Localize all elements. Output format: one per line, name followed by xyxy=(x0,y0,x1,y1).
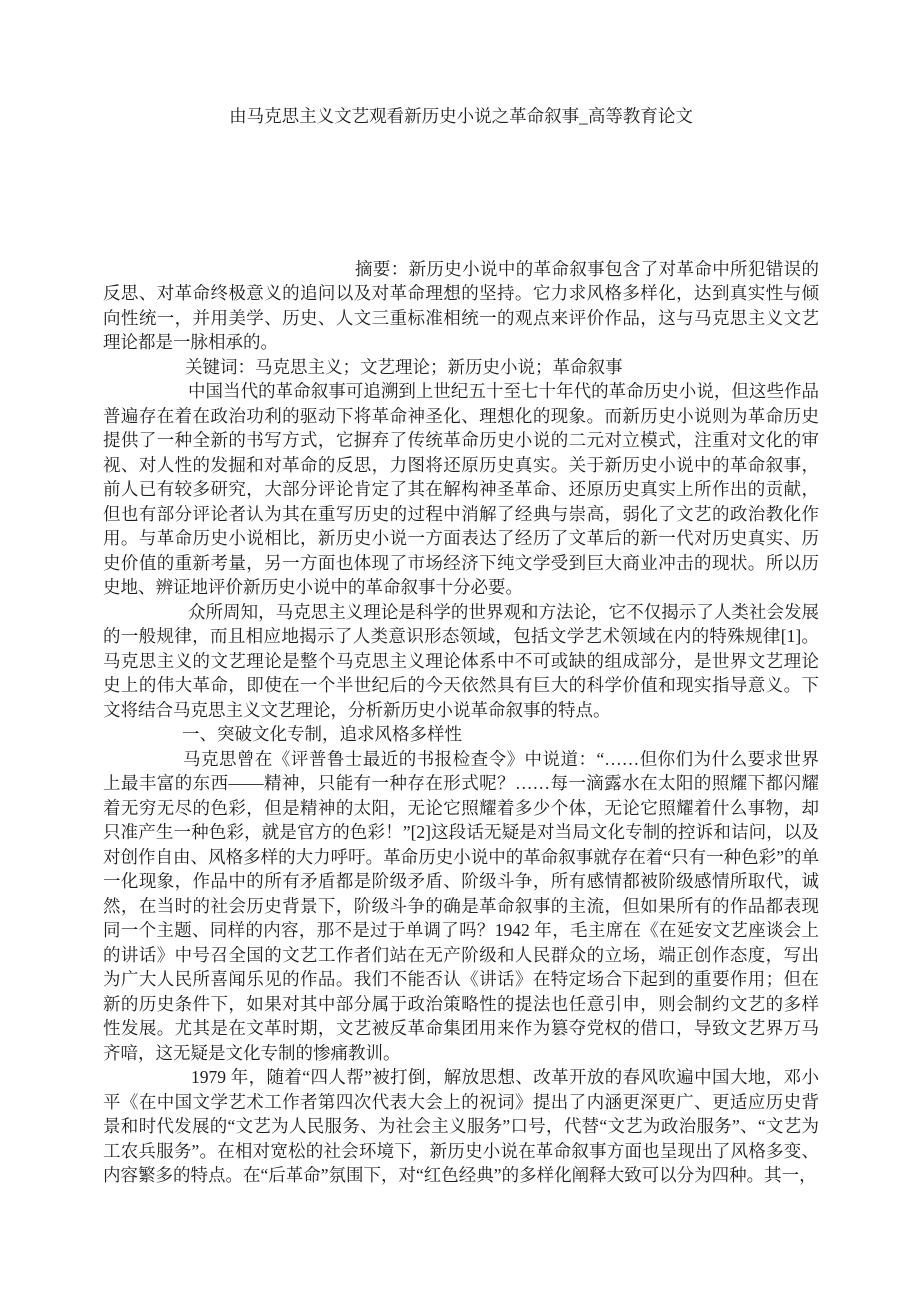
section-heading-1: 一、突破文化专制，追求风格多样性 xyxy=(103,722,819,747)
keywords-line: 关键词：马克思主义；文艺理论；新历史小说；革命叙事 xyxy=(103,355,819,380)
document-page: 由马克思主义文艺观看新历史小说之革命叙事_高等教育论文 摘要：新历史小说中的革命… xyxy=(103,104,819,1188)
document-title: 由马克思主义文艺观看新历史小说之革命叙事_高等教育论文 xyxy=(103,104,819,129)
body-paragraph-4: 1979 年，随着“四人帮”被打倒，解放思想、改革开放的春风吹遍中国大地，邓小平… xyxy=(103,1065,819,1188)
body-paragraph-1: 中国当代的革命叙事可追溯到上世纪五十至七十年代的革命历史小说，但这些作品普遍存在… xyxy=(103,379,819,600)
body-paragraph-2: 众所周知，马克思主义理论是科学的世界观和方法论，它不仅揭示了人类社会发展的一般规… xyxy=(103,600,819,723)
abstract-paragraph: 摘要：新历史小说中的革命叙事包含了对革命中所犯错误的反思、对革命终极意义的追问以… xyxy=(103,257,819,355)
body-paragraph-3: 马克思曾在《评普鲁士最近的书报检查令》中说道：“……但你们为什么要求世界上最丰富… xyxy=(103,747,819,1066)
